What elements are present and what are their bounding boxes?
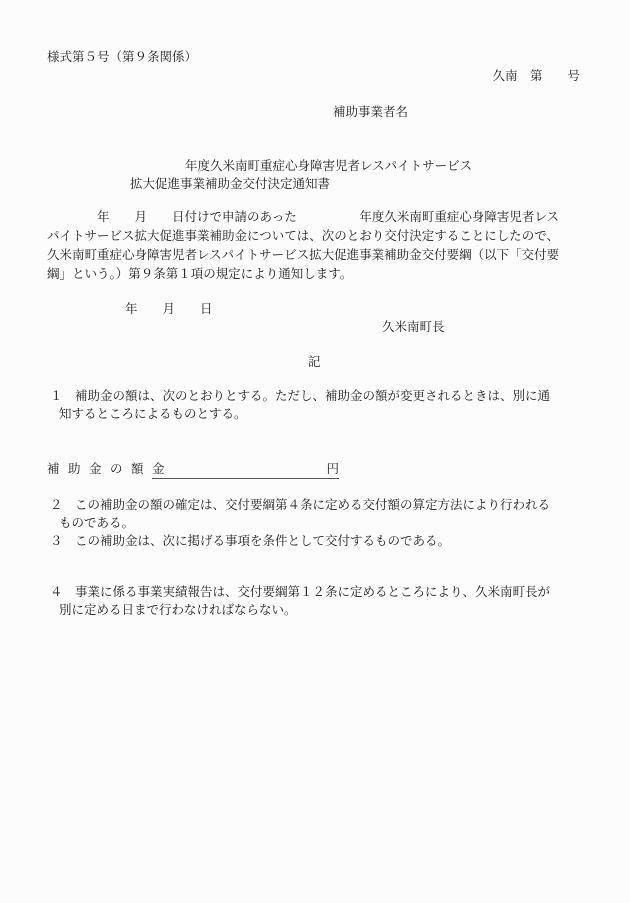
amount-field: 金円 bbox=[152, 460, 339, 479]
reference-number: 久南 第 号 bbox=[492, 67, 580, 85]
item-4-line-2: 別に定める日まで行わなければならない。 bbox=[59, 601, 297, 619]
ki-heading: 記 bbox=[308, 353, 321, 371]
item-3-line-1: この補助金は、次に掲げる事項を条件として交付するものである。 bbox=[75, 532, 450, 550]
item-4-number: ４ bbox=[50, 583, 63, 601]
item-3-number: ３ bbox=[50, 532, 63, 550]
item-4-line-1: 事業に係る事業実績報告は、交付要綱第１２条に定めるところにより、久米南町長が bbox=[75, 583, 550, 601]
item-2-number: ２ bbox=[50, 496, 63, 514]
body-line-1: 年 月 日付けで申請のあった 年度久米南町重症心身障害児者レス bbox=[97, 208, 559, 226]
body-line-3: 久米南町重症心身障害児者レスパイトサービス拡大促進事業補助金交付要綱（以下「交付… bbox=[47, 246, 559, 264]
amount-row: 補助金の額金円 bbox=[47, 460, 339, 479]
body-line-4: 綱」という。）第９条第１項の規定により通知します。 bbox=[47, 265, 352, 283]
item-1-line-1: 補助金の額は、次のとおりとする。ただし、補助金の額が変更されるときは、別に通 bbox=[75, 387, 550, 405]
title-line-2: 拡大促進事業補助金交付決定通知書 bbox=[130, 175, 330, 193]
amount-prefix: 金 bbox=[152, 460, 165, 478]
issuer: 久米南町長 bbox=[382, 318, 445, 336]
recipient-label: 補助事業者名 bbox=[333, 103, 408, 121]
item-2-line-2: ものである。 bbox=[59, 514, 134, 532]
item-1-line-2: 知するところによるものとする。 bbox=[59, 405, 247, 423]
body-line-2: パイトサービス拡大促進事業補助金については、次のとおり交付決定することにしたので… bbox=[47, 227, 559, 245]
date-line: 年 月 日 bbox=[125, 300, 213, 318]
item-2-line-1: この補助金の額の確定は、交付要綱第４条に定める交付額の算定方法により行われる bbox=[75, 496, 550, 514]
amount-unit: 円 bbox=[327, 460, 340, 478]
amount-label: 補助金の額 bbox=[47, 461, 152, 476]
form-number: 様式第５号（第９条関係） bbox=[47, 48, 197, 66]
item-1-number: １ bbox=[50, 387, 63, 405]
title-line-1: 年度久米南町重症心身障害児者レスパイトサービス bbox=[185, 157, 472, 175]
